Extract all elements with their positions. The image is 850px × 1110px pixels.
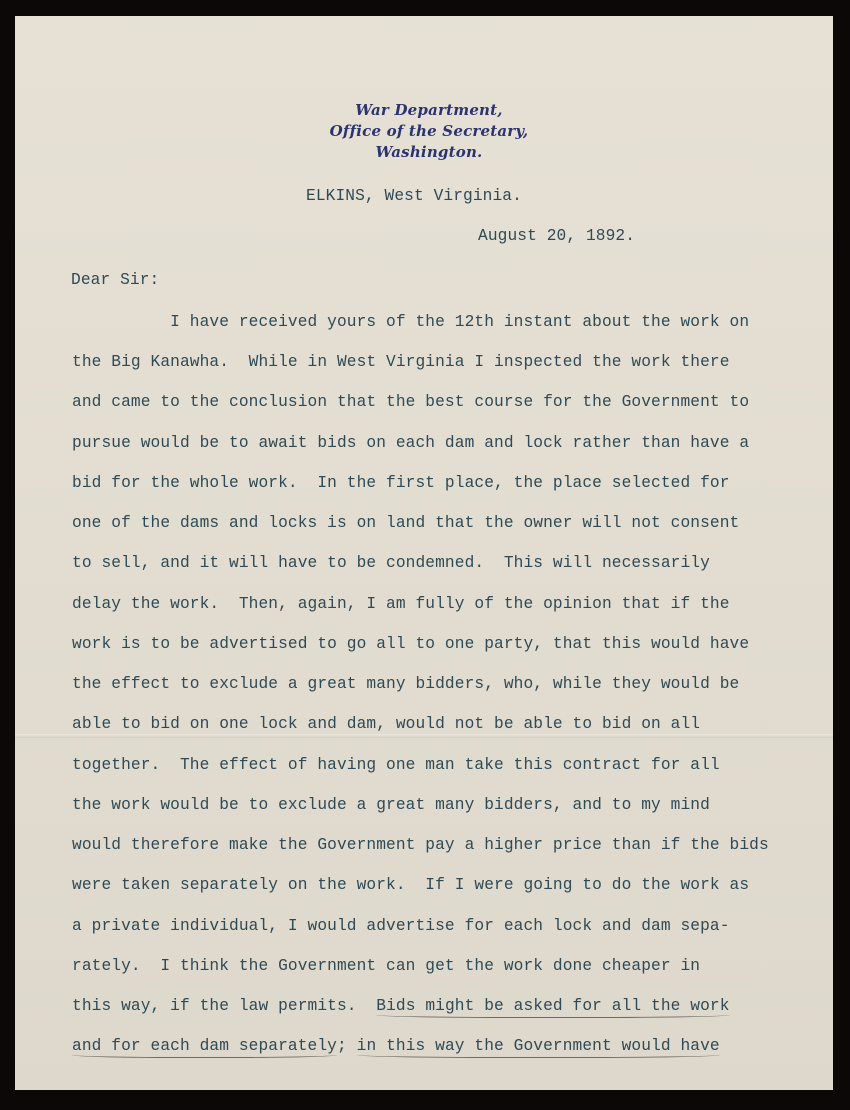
body-line: bid for the whole work. In the first pla… [72, 474, 730, 492]
letterhead-city: Washington. [25, 142, 833, 163]
underlined-text: in this way the Government would have [357, 1037, 720, 1058]
place-line: ELKINS, West Virginia. [306, 187, 522, 205]
body-line: the work would be to exclude a great man… [72, 796, 710, 814]
body-text: ; [337, 1037, 357, 1055]
fold-crease [15, 734, 833, 738]
body-line: pursue would be to await bids on each da… [72, 434, 749, 452]
body-line: would therefore make the Government pay … [72, 836, 769, 854]
salutation: Dear Sir: [71, 271, 159, 289]
body-line: one of the dams and locks is on land tha… [72, 514, 739, 532]
body-line: the Big Kanawha. While in West Virginia … [72, 353, 730, 371]
body-line: the effect to exclude a great many bidde… [72, 675, 739, 693]
body-line: work is to be advertised to go all to on… [72, 635, 749, 653]
body-line: a private individual, I would advertise … [72, 917, 730, 935]
date-line: August 20, 1892. [478, 227, 635, 245]
body-line: together. The effect of having one man t… [72, 756, 720, 774]
body-line: able to bid on one lock and dam, would n… [72, 715, 700, 733]
letter-page: War Department, Office of the Secretary,… [15, 16, 833, 1090]
underlined-text: Bids might be asked for all the work [376, 997, 729, 1018]
letterhead-office: Office of the Secretary, [25, 121, 833, 142]
body-line: I have received yours of the 12th instan… [72, 313, 749, 331]
body-line: delay the work. Then, again, I am fully … [72, 595, 730, 613]
body-line: and came to the conclusion that the best… [72, 393, 749, 411]
body-line: this way, if the law permits. Bids might… [72, 997, 730, 1015]
body-line: rately. I think the Government can get t… [72, 957, 700, 975]
body-line: to sell, and it will have to be condemne… [72, 554, 710, 572]
letterhead-department: War Department, [25, 100, 833, 121]
underlined-text: and for each dam separately [72, 1037, 337, 1058]
body-text: this way, if the law permits. [72, 997, 376, 1015]
body-line: and for each dam separately; in this way… [72, 1037, 720, 1055]
letterhead: War Department, Office of the Secretary,… [15, 100, 833, 163]
body-line: were taken separately on the work. If I … [72, 876, 749, 894]
